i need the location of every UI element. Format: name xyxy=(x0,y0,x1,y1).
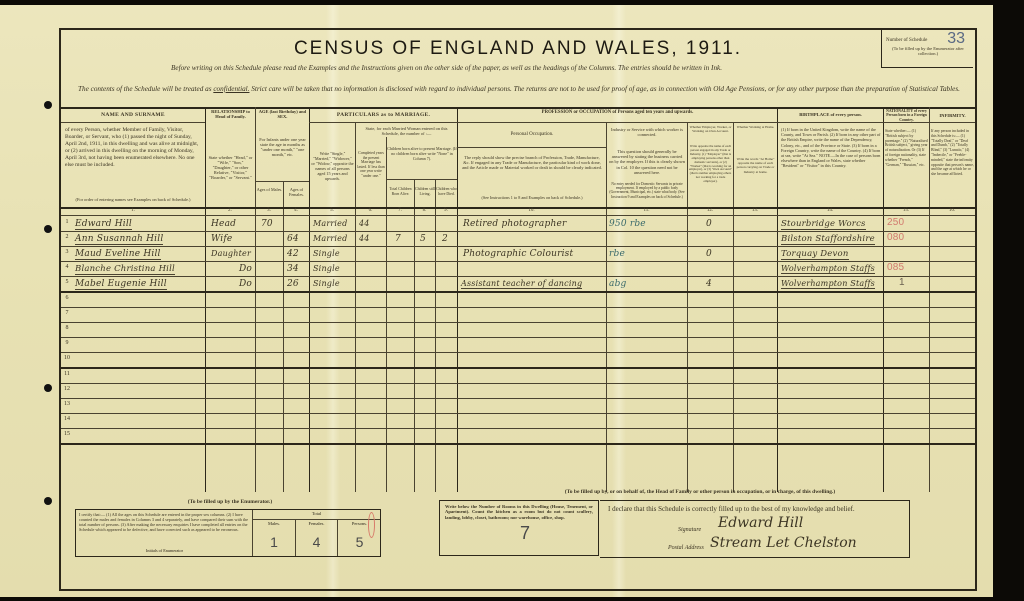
header-industry-note: No entry needed for Domestic Servants in… xyxy=(609,182,685,199)
header-marriage-status: Write "Single," "Married," "Widower," or… xyxy=(311,151,354,181)
row-number: 9 xyxy=(63,340,71,346)
schedule-number-box: Number of Schedule 33 (To be filled up b… xyxy=(881,30,973,68)
row-number: 2 xyxy=(63,234,71,240)
enumerator-certificate: I certify that:— (1) All the ages on thi… xyxy=(75,509,381,557)
males-cell: Males. 1 xyxy=(253,520,295,556)
declaration-box: I declare that this Schedule is correctl… xyxy=(600,500,910,558)
cell-occupation: Assistant teacher of dancing xyxy=(461,279,582,289)
row-number: 5 xyxy=(63,279,71,285)
header-relationship-desc: State whether "Head," or "Wife," "Son," … xyxy=(207,155,254,180)
header-children-died: Children who have Died. xyxy=(436,187,457,196)
cell-marital-status: Single xyxy=(313,279,340,288)
schedule-number-label: Number of Schedule xyxy=(886,38,927,43)
cell-industry-code: 950 rbe xyxy=(609,219,646,229)
punch-hole xyxy=(44,384,52,392)
cell-years-married: 44 xyxy=(359,219,370,228)
rooms-instruction: Write below the Number of Rooms in this … xyxy=(445,504,593,520)
cell-name: Blanche Christina Hill xyxy=(75,264,175,275)
row-number: 3 xyxy=(63,249,71,255)
col-number: 13. xyxy=(733,208,777,213)
cell-birthplace: Wolverhampton Staffs xyxy=(781,279,875,289)
cell-relationship: Do xyxy=(239,279,252,289)
red-pencil-mark xyxy=(368,512,375,538)
cell-total-children: 7 xyxy=(395,234,401,244)
females-cell: Females. 4 xyxy=(295,520,337,556)
header-marriage: PARTICULARS as to MARRIAGE. xyxy=(337,112,430,118)
col-number: 5. xyxy=(309,208,355,213)
cell-nationality-code: 085 xyxy=(887,262,904,273)
header-personal-occupation: Personal Occupation. xyxy=(458,132,606,138)
row-number: 10 xyxy=(63,355,71,361)
row-number: 1 xyxy=(63,219,71,225)
row-number: 7 xyxy=(63,310,71,316)
header-at-home: Whether Working at Home. xyxy=(734,125,777,129)
header-infirmity-desc: If any person included in this Schedule … xyxy=(931,129,974,177)
col-number: 6. xyxy=(355,208,386,213)
males-total: 1 xyxy=(253,534,295,550)
header-personal-occupation-note: (See Instructions 1 to 8 and Examples on… xyxy=(461,195,603,200)
row-number: 12 xyxy=(63,386,71,392)
rooms-count: 7 xyxy=(520,531,530,536)
row-number: 14 xyxy=(63,416,71,422)
header-total-children: Total Children Born Alive. xyxy=(387,187,414,196)
household-caption: (To be filled up by, or on behalf of, th… xyxy=(480,489,920,495)
cell-employer-status: 0 xyxy=(706,249,712,259)
cell-marital-status: Single xyxy=(313,264,340,273)
col-number: 4. xyxy=(283,208,309,213)
cell-marital-status: Married xyxy=(313,219,347,228)
cell-employer-status: 4 xyxy=(706,279,712,289)
declaration-text: I declare that this Schedule is correctl… xyxy=(608,505,855,513)
cell-industry-code: rbe xyxy=(609,249,625,259)
cell-age-female: 26 xyxy=(287,279,299,289)
header-completed-years: Completed years the present Marriage has… xyxy=(356,151,386,179)
cell-industry-code: abg xyxy=(609,279,627,289)
header-industry: Industry or Service with which worker is… xyxy=(608,127,686,137)
cell-birthplace: Wolverhampton Staffs xyxy=(781,264,875,274)
col-number: 15. xyxy=(883,208,929,213)
header-name-desc: of every Person, whether Member of Famil… xyxy=(65,127,201,169)
cell-children-died: 2 xyxy=(442,234,448,244)
header-relationship: RELATIONSHIP to Head of Family. xyxy=(206,109,255,119)
header-infirmity: INFIRMITY. xyxy=(930,113,975,119)
col-number: 10. xyxy=(457,208,606,213)
col-number: 14. xyxy=(777,208,883,213)
col-number: 16. xyxy=(929,208,975,213)
instruction-line: Before writing on this Schedule please r… xyxy=(171,64,722,72)
initials-label: Initials of Enumerator xyxy=(146,548,183,553)
certify-text: I certify that:— (1) All the ages on thi… xyxy=(79,512,249,532)
header-age-desc: For Infants under one year state the age… xyxy=(257,137,308,157)
col-number: 9. xyxy=(435,208,457,213)
cell-nationality-code: 250 xyxy=(887,217,904,228)
col-number: 7. xyxy=(386,208,414,213)
females-total: 4 xyxy=(296,534,337,550)
cell-employer-status: 0 xyxy=(706,219,712,229)
enumerator-caption: (To be filled up by the Enumerator.) xyxy=(75,499,385,505)
row-number: 8 xyxy=(63,325,71,331)
col-number: 12. xyxy=(687,208,733,213)
cell-name: Maud Eveline Hill xyxy=(75,249,161,260)
cell-nationality-code: 1 xyxy=(899,277,905,288)
punch-hole xyxy=(44,497,52,505)
postal-address: Stream Let Chelston xyxy=(710,535,857,551)
form-title: CENSUS OF ENGLAND AND WALES, 1911. xyxy=(61,38,975,60)
header-name-note: (For order of entering names see Example… xyxy=(65,197,201,202)
header-age: AGE (last Birthday) and SEX. xyxy=(256,109,309,119)
cell-relationship: Wife xyxy=(211,234,232,244)
totals-box: Total Males. 1 Females. 4 Persons. 5 xyxy=(252,510,380,556)
punch-hole xyxy=(44,225,52,233)
signature: Edward Hill xyxy=(718,515,803,531)
cell-birthplace: Bilston Staffordshire xyxy=(781,234,875,245)
col-number: 2. xyxy=(205,208,255,213)
confidentiality-notice: The contents of the Schedule will be tre… xyxy=(69,83,969,95)
persons-total: 5 xyxy=(338,534,381,550)
cell-marital-status: Single xyxy=(313,249,340,258)
header-nationality-desc: State whether:— (1) "British subject by … xyxy=(885,129,928,167)
col-number: 11. xyxy=(606,208,687,213)
schedule-number-note: (To be filled up by the Enumerator after… xyxy=(886,46,970,56)
cell-birthplace: Torquay Devon xyxy=(781,249,849,260)
header-nationality: NATIONALITY of every Person born in a Fo… xyxy=(884,109,929,122)
punch-hole xyxy=(44,101,52,109)
header-age-females: Ages of Females. xyxy=(284,187,309,197)
header-profession: PROFESSION or OCCUPATION of Persons aged… xyxy=(458,110,777,115)
cell-marital-status: Married xyxy=(313,234,347,243)
row-number: 11 xyxy=(63,371,71,377)
cell-occupation: Photographic Colourist xyxy=(463,249,573,259)
header-employer: Whether Employer, Worker, or Working on … xyxy=(688,125,733,133)
header-married-woman: State, for each Married Woman entered on… xyxy=(357,126,456,136)
signature-label: Signature xyxy=(678,527,701,533)
col-number: 1. xyxy=(61,208,205,213)
header-birthplace-desc: (1) If born in the United Kingdom, write… xyxy=(781,127,881,169)
cell-age-male: 70 xyxy=(261,219,273,229)
header-employer-desc: Write opposite the name of each person e… xyxy=(689,145,732,184)
cell-name: Mabel Eugenie Hill xyxy=(75,279,167,290)
header-children-born: Children born alive to present Marriage.… xyxy=(387,147,457,161)
header-name: NAME AND SURNAME xyxy=(101,112,165,118)
rooms-box: Write below the Number of Rooms in this … xyxy=(439,500,599,556)
col-number: 8. xyxy=(414,208,435,213)
cell-age-female: 64 xyxy=(287,234,299,244)
cell-relationship: Daughter xyxy=(211,249,251,258)
cell-children-living: 5 xyxy=(420,234,426,244)
row-number: 15 xyxy=(63,431,71,437)
col-number: 3. xyxy=(255,208,283,213)
cell-relationship: Do xyxy=(239,264,252,274)
cell-age-female: 42 xyxy=(287,249,299,259)
row-number: 6 xyxy=(63,295,71,301)
header-industry-desc: This question should generally be answer… xyxy=(609,149,685,175)
header-children-living: Children still Living. xyxy=(415,187,435,196)
cell-age-female: 34 xyxy=(287,264,299,274)
header-age-males: Ages of Males. xyxy=(256,187,283,192)
cell-occupation: Retired photographer xyxy=(463,219,566,229)
row-number: 13 xyxy=(63,401,71,407)
cell-years-married: 44 xyxy=(359,234,370,243)
postal-address-label: Postal Address xyxy=(668,545,704,551)
census-schedule-page: CENSUS OF ENGLAND AND WALES, 1911. Befor… xyxy=(0,5,993,597)
cell-birthplace: Stourbridge Worcs xyxy=(781,219,866,230)
cell-relationship: Head xyxy=(211,219,236,229)
row-number: 4 xyxy=(63,264,71,270)
cell-name: Edward Hill xyxy=(75,219,132,230)
cell-name: Ann Susannah Hill xyxy=(75,234,163,245)
header-at-home-desc: Write the words "At Home" opposite the n… xyxy=(735,157,776,174)
header-birthplace: BIRTHPLACE of every person. xyxy=(778,112,883,117)
total-label: Total xyxy=(253,511,380,516)
cell-nationality-code: 080 xyxy=(887,232,904,243)
enumerator-section: (To be filled up by the Enumerator.) I c… xyxy=(75,499,385,561)
header-personal-occupation-desc: The reply should show the precise branch… xyxy=(461,155,603,171)
